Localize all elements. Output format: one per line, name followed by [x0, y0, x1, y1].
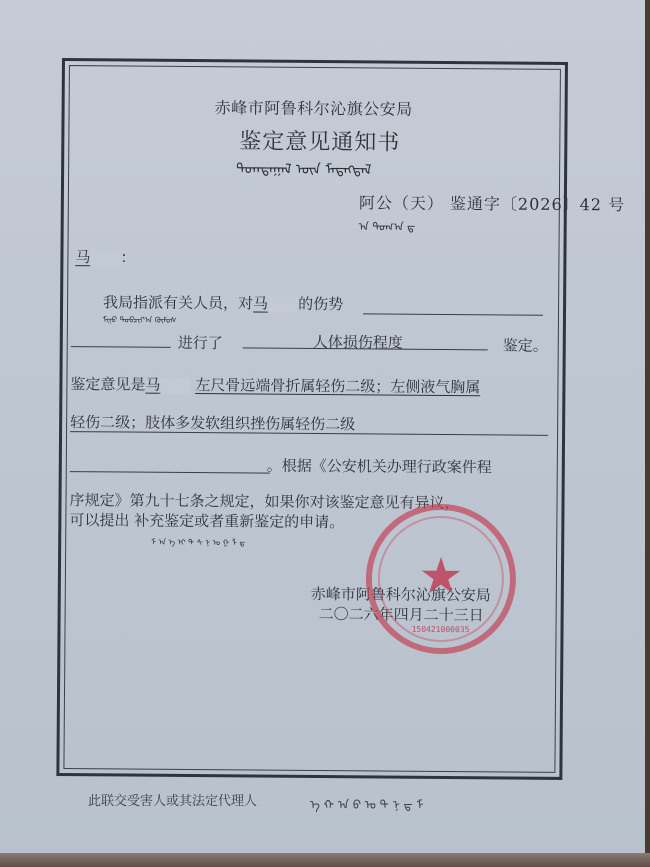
subject-name: 马 — [253, 295, 268, 313]
document-number: 阿公（天） 鉴通字〔2026〕42 号 — [359, 190, 625, 215]
fill-line — [70, 471, 270, 474]
recipient: 马： — [75, 246, 135, 267]
star-icon: ★ — [418, 547, 463, 605]
document-title: 鉴定意见通知书 — [239, 124, 400, 156]
fill-line — [363, 313, 543, 315]
document-frame: 赤峰市阿鲁科尔沁旗公安局 鉴定意见通知书 ᠲᠣᠭᠲᠠᠭᠠᠯ ᠦᠨ ᠮᠡᠳᠡᠭᠳᠡ… — [56, 58, 568, 780]
footer-note-mongolian: ᠡ ᠬ ᠠ ᠪ ᠣ ᠲ ᠨ ᠳ ᠮ — [310, 792, 424, 813]
recipient-name: 马 — [75, 248, 90, 266]
basis-line-3: 可以提出 补充鉴定或者重新鉴定的申请。 — [69, 509, 344, 532]
assignment-text: 我局指派有关人员，对 — [103, 293, 253, 312]
basis-line-1: 。根据《公安机关办理行政案件程 — [267, 455, 492, 478]
background-edge — [645, 0, 650, 867]
redacted-name — [160, 378, 190, 394]
issuing-agency: 赤峰市阿鲁科尔沁旗公安局 — [215, 95, 413, 120]
opinion-line-1: 鉴定意见是马 左尺骨远端骨折属轻伤二级；左侧液气胸属 — [70, 373, 480, 397]
document-number-mongolian: ᠠ ᠲᠣᠭ᠎ᠠ ᠳ — [359, 215, 416, 234]
redacted-name — [268, 297, 298, 313]
official-seal: ★ 150421000035 — [365, 503, 516, 654]
recipient-colon: ： — [120, 248, 135, 266]
appraisal-type: 人体损伤程度 — [313, 331, 403, 353]
document-body: 赤峰市阿鲁科尔沁旗公安局 鉴定意见通知书 ᠲᠣᠭᠲᠠᠭᠠᠯ ᠦᠨ ᠮᠡᠳᠡᠭᠳᠡ… — [59, 61, 565, 777]
opinion-label: 鉴定意见是 — [70, 375, 145, 394]
opinion-line-2: 轻伤二级；肢体多发软组织挫伤属轻伤二级 — [70, 411, 355, 434]
seal-number: 150421000035 — [412, 625, 470, 634]
fill-line — [71, 346, 171, 348]
document-title-mongolian: ᠲᠣᠭᠲᠠᠭᠠᠯ ᠦᠨ ᠮᠡᠳᠡᠭᠳᠡᠯ — [236, 154, 371, 179]
redacted-name — [90, 250, 120, 266]
appraisal-end: 鉴定。 — [503, 334, 548, 355]
footer-note: 此联交受害人或其法定代理人 — [88, 790, 257, 809]
background-table — [0, 853, 650, 867]
injury-text: 的伤势 — [298, 295, 343, 313]
paragraph-mongolian: ᠮᠢᠨᠦ ᠲᠣᠪᠴᠢᠶ᠎ᠠ ᠬᠦᠮᠦᠰ — [103, 311, 177, 326]
basis-mongolian: ᠮ ᠠ ᠡ ᠢ ᠲ ᠰ ᠨ ᠣ ᠭ ᠯ ᠳ — [151, 534, 245, 549]
opinion-text-1: 左尺骨远端骨折属轻伤二级；左侧液气胸属 — [195, 376, 480, 396]
performed-label: 进行了 — [178, 332, 223, 353]
opinion-subject: 马 — [145, 376, 160, 394]
